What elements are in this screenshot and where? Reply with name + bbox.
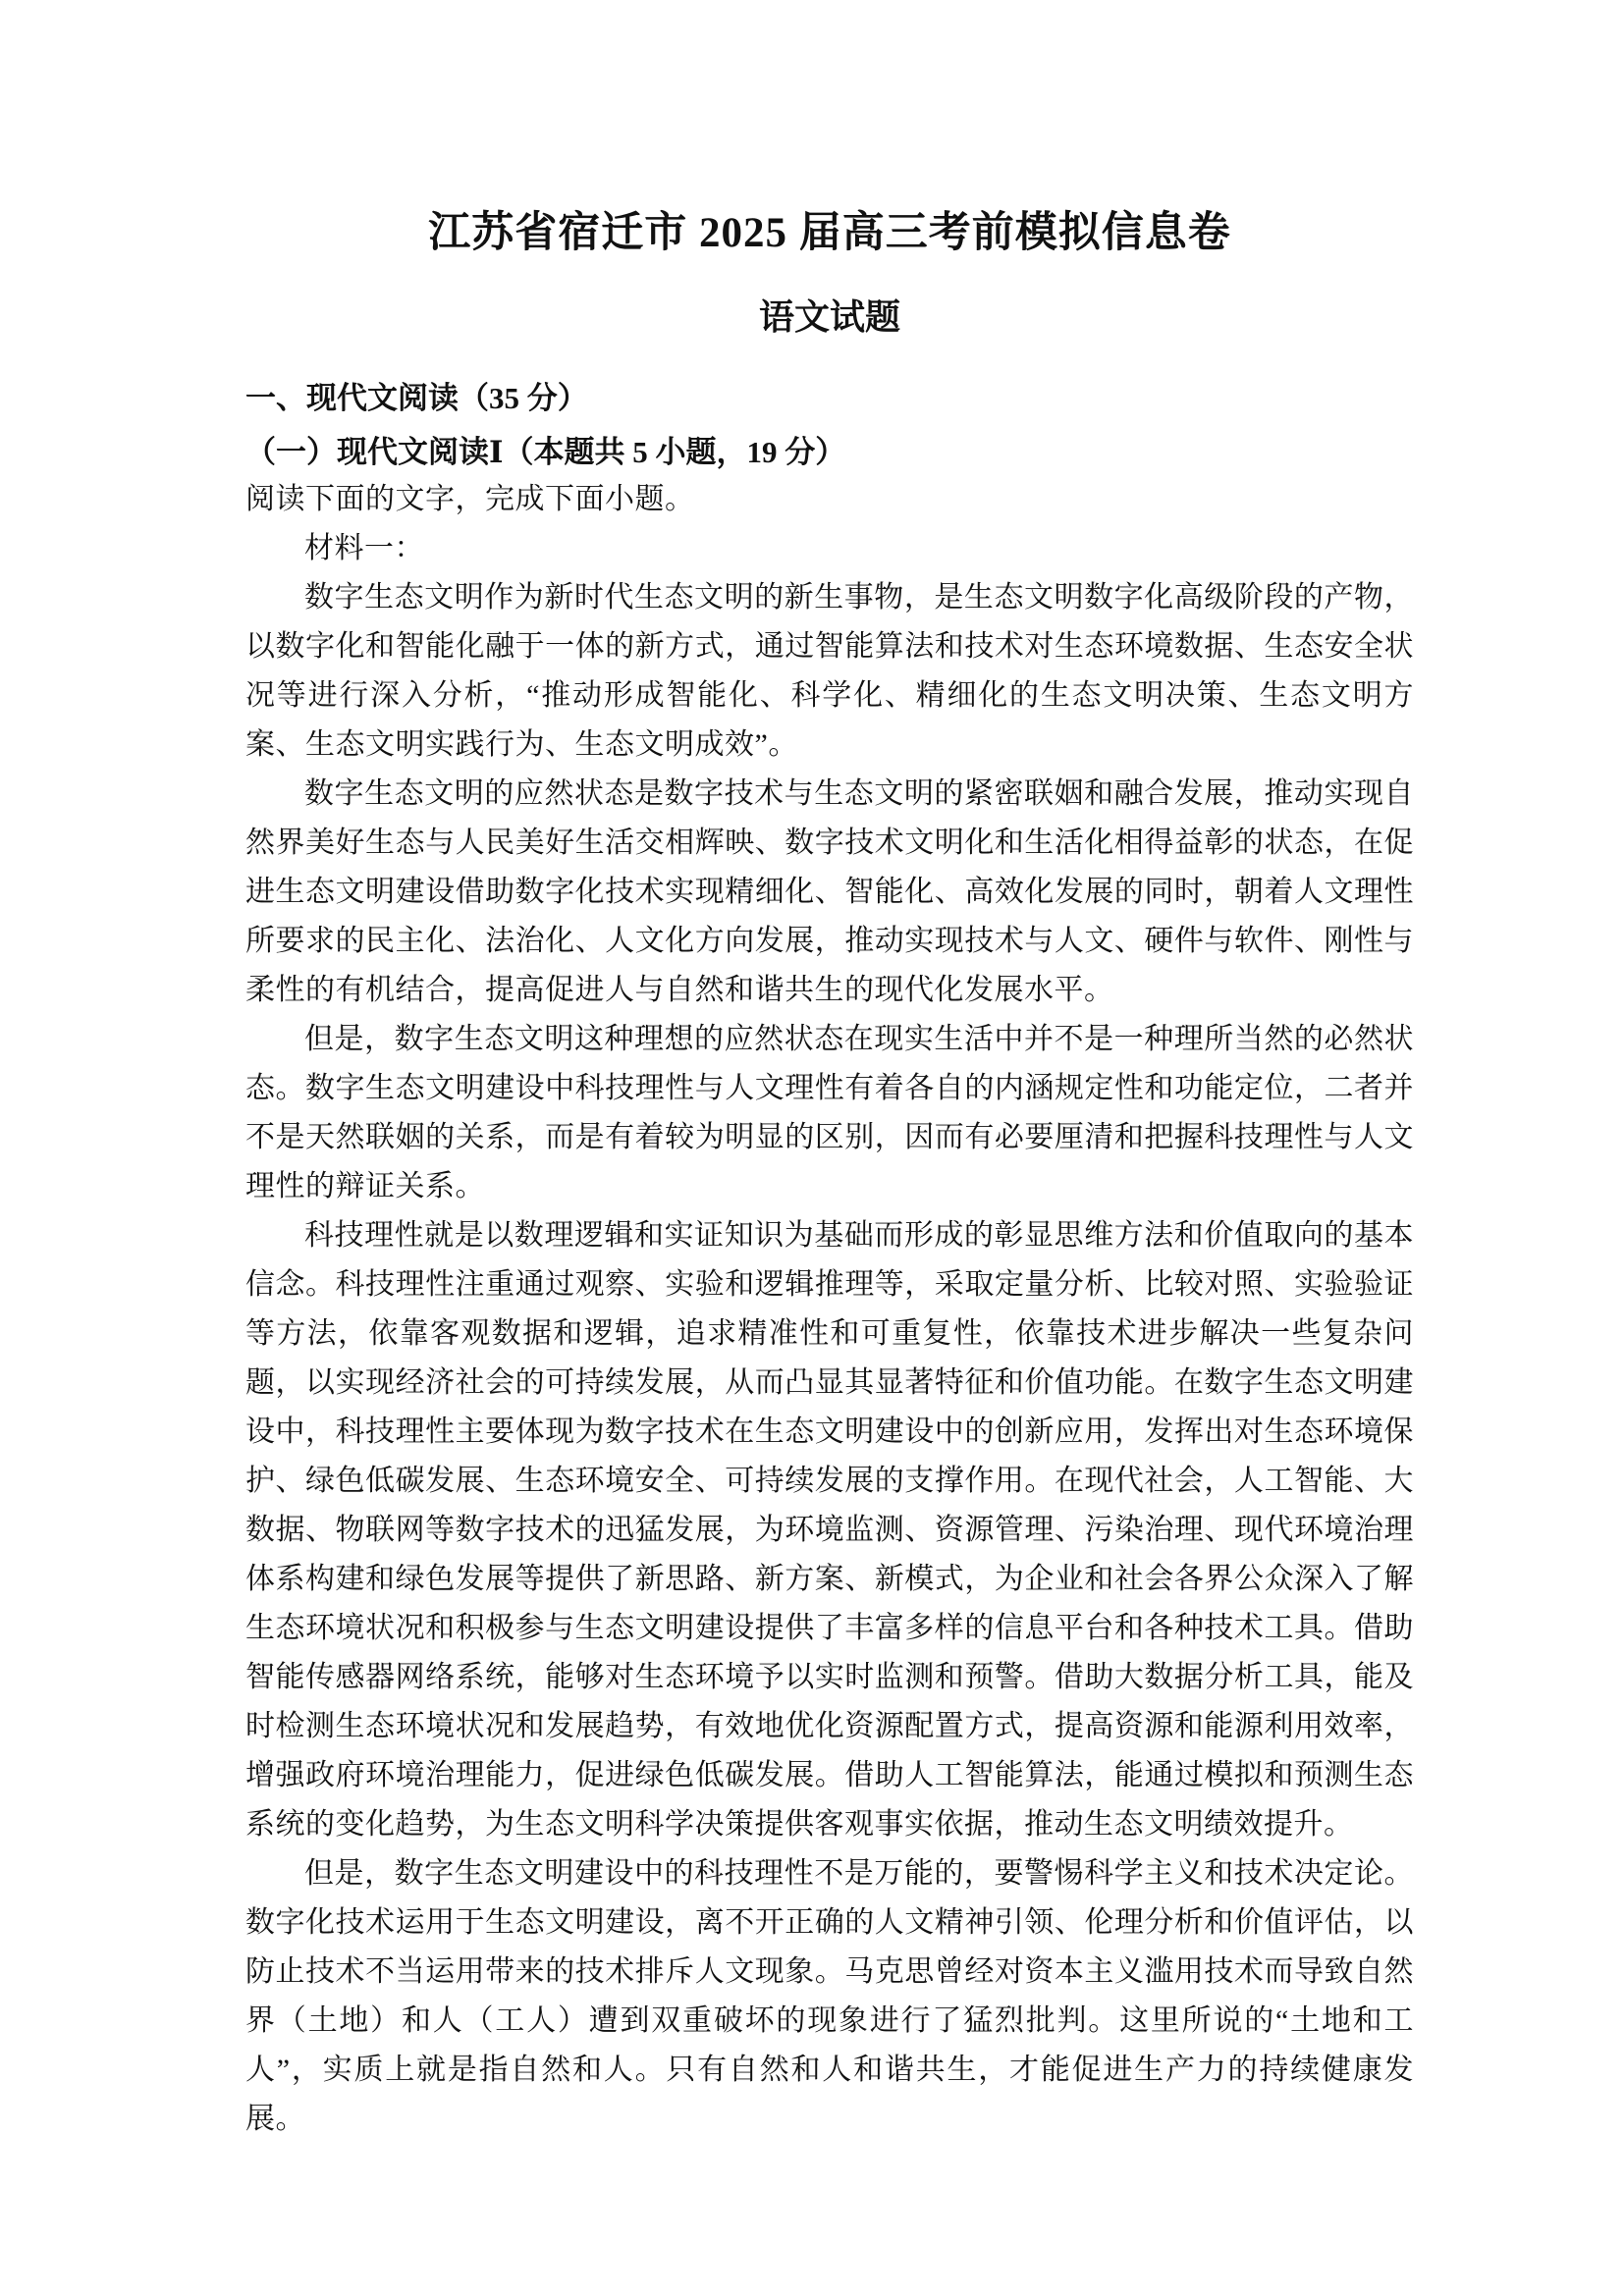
material-paragraph: 科技理性就是以数理逻辑和实证知识为基础而形成的彰显思维方法和价值取向的基本信念。… [245,1211,1414,1849]
material-paragraph: 但是，数字生态文明建设中的科技理性不是万能的，要警惕科学主义和技术决定论。数字化… [245,1849,1414,2144]
section-heading-modern-reading: 一、现代文阅读（35 分） [245,380,1414,418]
document-subtitle: 语文试题 [245,296,1414,339]
reading-passage: 阅读下面的文字，完成下面小题。 材料一： 数字生态文明作为新时代生态文明的新生事… [245,475,1414,2144]
material-paragraph: 数字生态文明的应然状态是数字技术与生态文明的紧密联姻和融合发展，推动实现自然界美… [245,770,1414,1015]
material-label: 材料一： [245,524,1414,573]
reading-instruction: 阅读下面的文字，完成下面小题。 [245,475,1414,524]
material-paragraph: 数字生态文明作为新时代生态文明的新生事物，是生态文明数字化高级阶段的产物，以数字… [245,573,1414,770]
material-paragraph: 但是，数字生态文明这种理想的应然状态在现实生活中并不是一种理所当然的必然状态。数… [245,1015,1414,1211]
exam-paper-page: 江苏省宿迁市 2025 届高三考前模拟信息卷 语文试题 一、现代文阅读（35 分… [0,0,1624,2296]
document-title: 江苏省宿迁市 2025 届高三考前模拟信息卷 [245,208,1414,259]
page-content: 江苏省宿迁市 2025 届高三考前模拟信息卷 语文试题 一、现代文阅读（35 分… [245,208,1414,2144]
subsection-heading-reading-one: （一）现代文阅读Ⅰ（本题共 5 小题，19 分） [245,434,1414,472]
